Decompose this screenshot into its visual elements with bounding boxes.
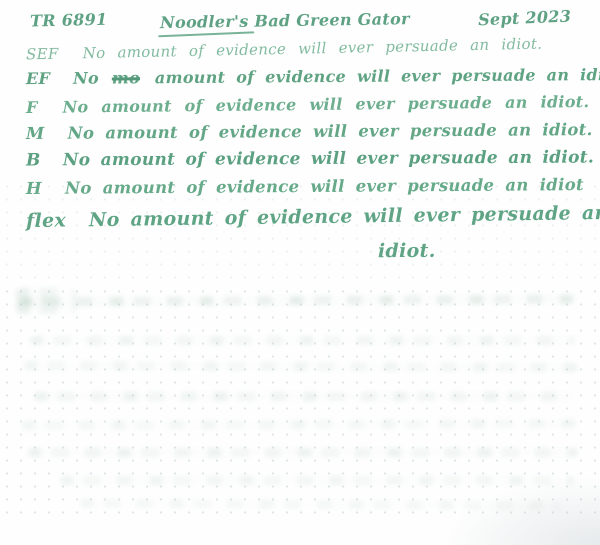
- nib-label: SEF: [26, 45, 59, 64]
- ink-showthrough: [22, 419, 577, 430]
- sample-text: No amount of evidence will ever persuade…: [65, 175, 584, 198]
- sample-date: Sept 2023: [478, 6, 572, 29]
- pen-id: TR 6891: [30, 10, 108, 31]
- ink-test-scan-page: TR 6891 Noodler's Bad Green Gator Sept 2…: [0, 0, 600, 545]
- ink-name-underline: [158, 31, 254, 37]
- sample-text: No amount of evidence will ever persuade…: [62, 92, 589, 117]
- nib-label: M: [26, 124, 45, 143]
- ink-showthrough: [80, 499, 560, 511]
- ink-showthrough: [34, 392, 574, 401]
- sample-text: No amount of evidence will ever persuade…: [68, 120, 593, 143]
- writing-line-f: F No amount of evidence will ever persua…: [26, 92, 589, 117]
- writing-line-flex: flex No amount of evidence will ever per…: [26, 202, 600, 232]
- ink-showthrough: [30, 336, 575, 345]
- strikethrough-word: mo: [112, 68, 140, 87]
- header-row: TR 6891 Noodler's Bad Green Gator Sept 2…: [0, 7, 600, 11]
- sample-text-pre: No: [73, 69, 99, 88]
- writing-line-b: B No amount of evidence will ever persua…: [26, 148, 594, 171]
- writing-line-ef: EF No mo amount of evidence will ever pe…: [26, 65, 600, 88]
- scan-corner-shadow: [440, 475, 600, 545]
- nib-label: F: [26, 98, 38, 117]
- sample-text: No amount of evidence will ever persuade…: [82, 35, 542, 63]
- sample-text-post: amount of evidence will ever persuade an…: [155, 65, 600, 87]
- nib-label: H: [26, 179, 42, 198]
- dot-grid-paper: [0, 285, 600, 520]
- ink-showthrough: [20, 295, 575, 307]
- ink-name: Noodler's Bad Green Gator: [160, 9, 410, 32]
- ink-showthrough: [28, 448, 578, 457]
- sample-text: No amount of evidence will ever persuade…: [63, 148, 594, 171]
- nib-label: B: [26, 150, 41, 170]
- sample-text: No amount of evidence will ever persuade…: [89, 202, 600, 231]
- nib-label: EF: [26, 69, 50, 88]
- writing-line-sef: SEF No amount of evidence will ever pers…: [26, 35, 543, 64]
- ink-showthrough: [60, 476, 575, 485]
- ink-showthrough: [24, 361, 579, 372]
- continuation-text: idiot.: [378, 240, 436, 262]
- writing-line-m: M No amount of evidence will ever persua…: [26, 120, 593, 143]
- writing-line-h: H No amount of evidence will ever persua…: [26, 175, 584, 198]
- nib-label: flex: [26, 210, 66, 233]
- ink-showthrough: [16, 288, 76, 314]
- ink-name-text: Noodler's Bad Green Gator: [160, 9, 410, 32]
